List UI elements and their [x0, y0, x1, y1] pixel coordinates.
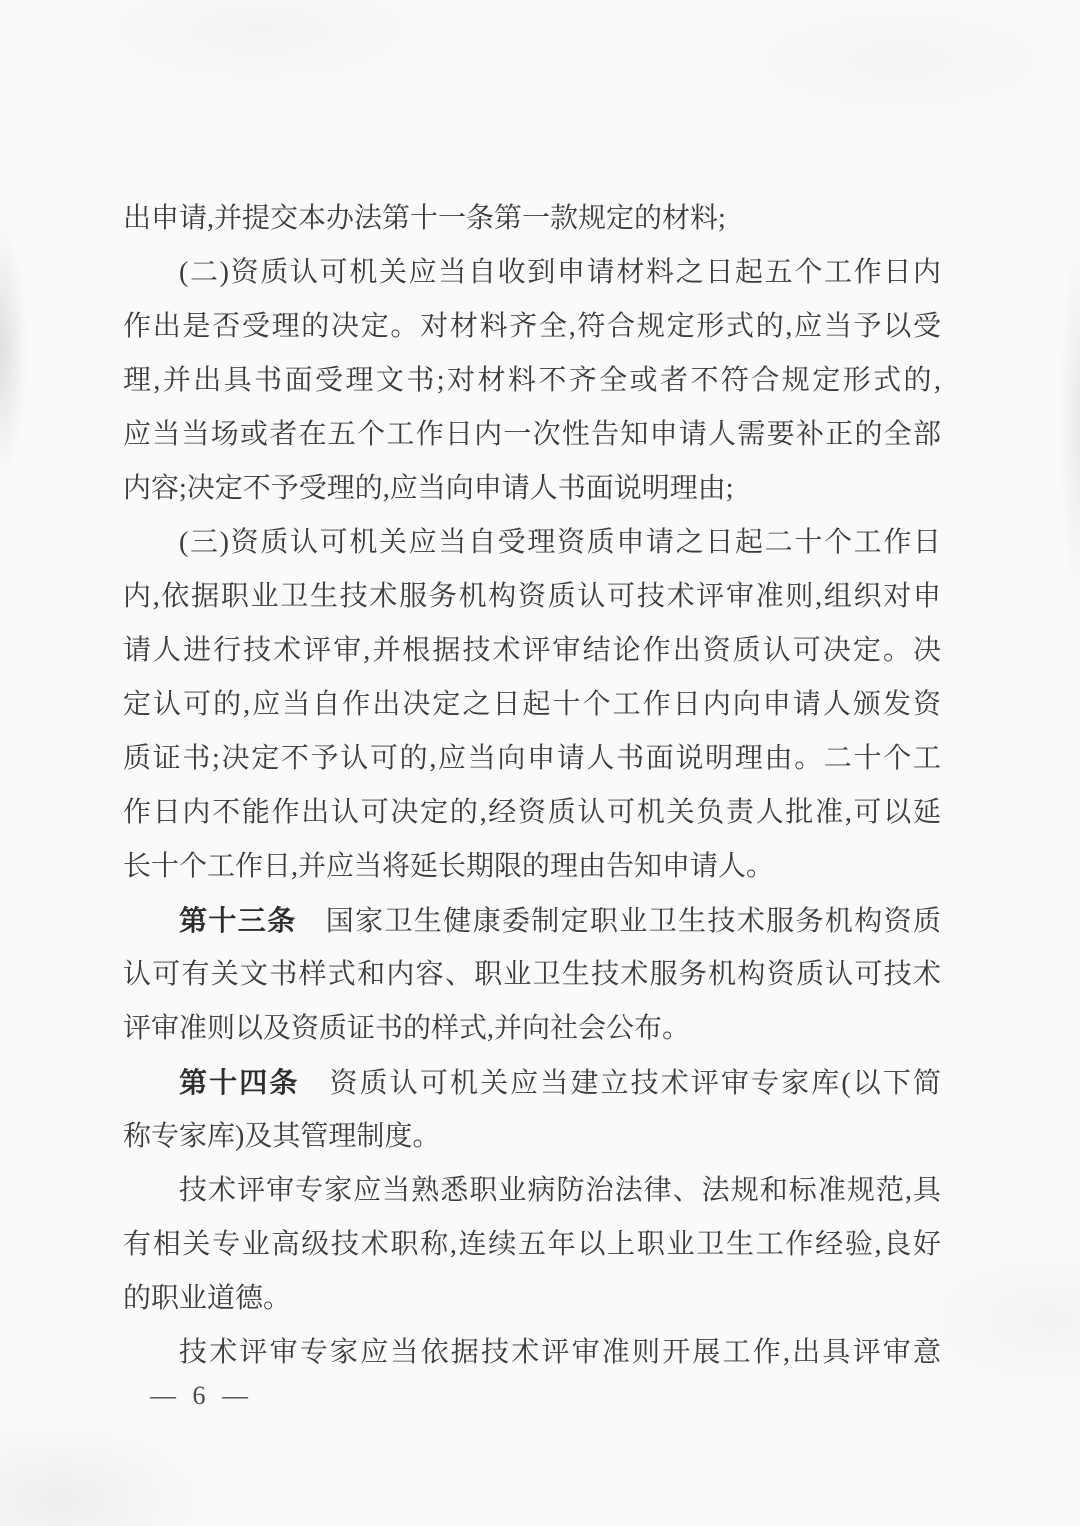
text-line: 技术评审专家应当依据技术评审准则开展工作,出具评审意 [123, 1326, 941, 1380]
document-body: 出申请,并提交本办法第十一条第一款规定的材料;(二)资质认可机关应当自收到申请材… [123, 192, 941, 1380]
article-number: 第十三条 [179, 905, 296, 936]
text-run: 评审准则以及资质证书的样式,并向社会公布。 [123, 1013, 690, 1044]
text-line: 作出是否受理的决定。对材料齐全,符合规定形式的,应当予以受 [123, 300, 941, 354]
text-line: 内容;决定不予受理的,应当向申请人书面说明理由; [123, 462, 941, 516]
text-run: (三)资质认可机关应当自受理资质申请之日起二十个工作日 [179, 527, 941, 558]
text-line: 称专家库)及其管理制度。 [123, 1110, 941, 1164]
text-run: 的职业道德。 [123, 1283, 291, 1314]
text-run: 作日内不能作出认可决定的,经资质认可机关负责人批准,可以延 [123, 797, 941, 828]
text-run: 技术评审专家应当熟悉职业病防治法律、法规和标准规范,具 [179, 1175, 941, 1206]
text-line: (二)资质认可机关应当自收到申请材料之日起五个工作日内 [123, 246, 941, 300]
text-run: (二)资质认可机关应当自收到申请材料之日起五个工作日内 [179, 257, 941, 288]
text-line: 认可有关文书样式和内容、职业卫生技术服务机构资质认可技术 [123, 948, 941, 1002]
text-run: 理,并出具书面受理文书;对材料不齐全或者不符合规定形式的, [123, 365, 941, 396]
text-line: (三)资质认可机关应当自受理资质申请之日起二十个工作日 [123, 516, 941, 570]
text-run: 质证书;决定不予认可的,应当向申请人书面说明理由。二十个工 [123, 743, 941, 774]
text-line: 质证书;决定不予认可的,应当向申请人书面说明理由。二十个工 [123, 732, 941, 786]
text-line: 的职业道德。 [123, 1272, 941, 1326]
text-run: 应当当场或者在五个工作日内一次性告知申请人需要补正的全部 [123, 419, 941, 450]
text-run: 作出是否受理的决定。对材料齐全,符合规定形式的,应当予以受 [123, 311, 941, 342]
text-line: 请人进行技术评审,并根据技术评审结论作出资质认可决定。决 [123, 624, 941, 678]
text-run: 内,依据职业卫生技术服务机构资质认可技术评审准则,组织对申 [123, 581, 941, 612]
text-run: 资质认可机关应当建立技术评审专家库(以下简 [299, 1068, 941, 1099]
text-run: 技术评审专家应当依据技术评审准则开展工作,出具评审意 [179, 1337, 941, 1368]
text-run: 长十个工作日,并应当将延长期限的理由告知申请人。 [123, 851, 774, 882]
text-run: 国家卫生健康委制定职业卫生技术服务机构资质 [296, 906, 941, 937]
text-line: 有相关专业高级技术职称,连续五年以上职业卫生工作经验,良好 [123, 1218, 941, 1272]
text-line: 理,并出具书面受理文书;对材料不齐全或者不符合规定形式的, [123, 354, 941, 408]
text-run: 定认可的,应当自作出决定之日起十个工作日内向申请人颁发资 [123, 689, 941, 720]
document-page: 出申请,并提交本办法第十一条第一款规定的材料;(二)资质认可机关应当自收到申请材… [0, 0, 1080, 1526]
text-run: 请人进行技术评审,并根据技术评审结论作出资质认可决定。决 [123, 635, 941, 666]
text-line: 评审准则以及资质证书的样式,并向社会公布。 [123, 1002, 941, 1056]
text-line: 技术评审专家应当熟悉职业病防治法律、法规和标准规范,具 [123, 1164, 941, 1218]
page-number: — 6 — [150, 1380, 251, 1412]
text-line: 出申请,并提交本办法第十一条第一款规定的材料; [123, 192, 941, 246]
text-run: 内容;决定不予受理的,应当向申请人书面说明理由; [123, 473, 734, 504]
text-line: 应当当场或者在五个工作日内一次性告知申请人需要补正的全部 [123, 408, 941, 462]
text-run: 称专家库)及其管理制度。 [123, 1121, 440, 1152]
text-run: 有相关专业高级技术职称,连续五年以上职业卫生工作经验,良好 [123, 1229, 941, 1260]
text-line: 内,依据职业卫生技术服务机构资质认可技术评审准则,组织对申 [123, 570, 941, 624]
text-run: 出申请,并提交本办法第十一条第一款规定的材料; [123, 203, 726, 234]
article-number: 第十四条 [179, 1067, 299, 1098]
text-line: 长十个工作日,并应当将延长期限的理由告知申请人。 [123, 840, 941, 894]
text-line: 第十四条 资质认可机关应当建立技术评审专家库(以下简 [123, 1056, 941, 1110]
text-run: 认可有关文书样式和内容、职业卫生技术服务机构资质认可技术 [123, 959, 941, 990]
text-line: 第十三条 国家卫生健康委制定职业卫生技术服务机构资质 [123, 894, 941, 948]
text-line: 作日内不能作出认可决定的,经资质认可机关负责人批准,可以延 [123, 786, 941, 840]
text-line: 定认可的,应当自作出决定之日起十个工作日内向申请人颁发资 [123, 678, 941, 732]
